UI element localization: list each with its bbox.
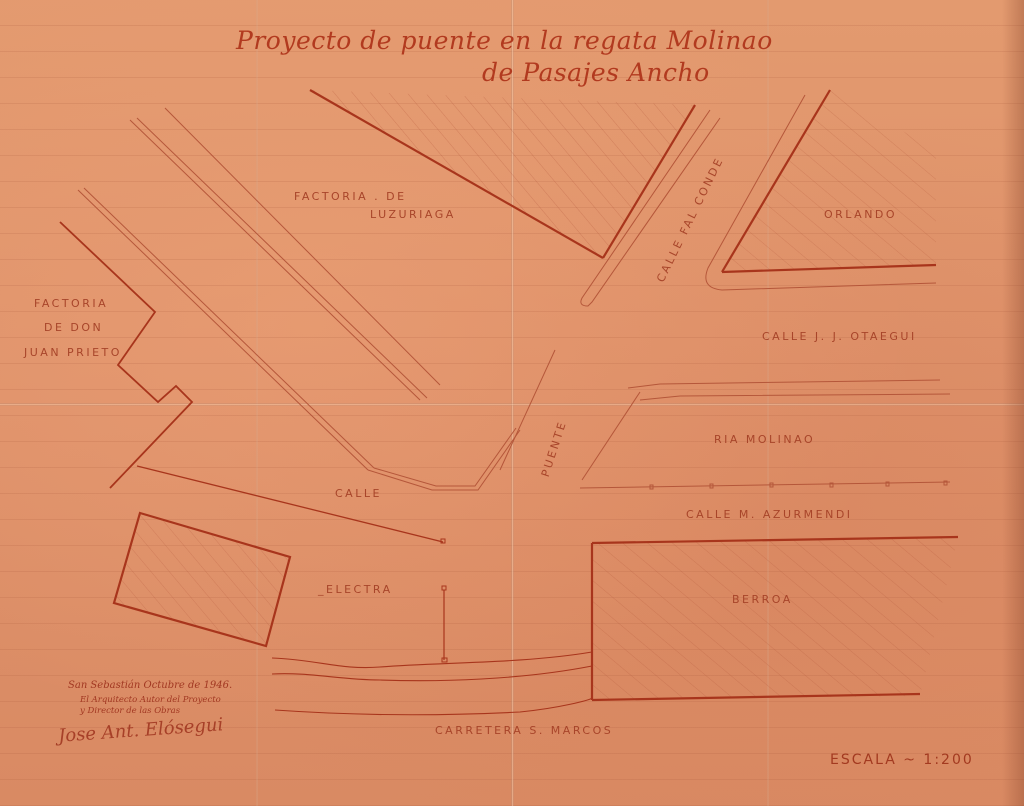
electra-building — [114, 513, 290, 646]
berroa-building — [592, 537, 958, 700]
label-carretera: CARRETERA S. MARCOS — [435, 724, 613, 737]
document-title-line2: de Pasajes Ancho — [482, 58, 710, 87]
carretera-road — [272, 652, 592, 715]
label-factoria-don-1: FACTORIA — [34, 297, 108, 310]
signature-role-line2: y Director de las Obras — [80, 706, 180, 716]
label-factoria-don-3: JUAN PRIETO — [24, 346, 122, 359]
label-electra: _ELECTRA — [318, 583, 393, 596]
label-calle-otaegui: CALLE J. J. OTAEGUI — [762, 330, 917, 343]
electra-pole — [442, 586, 447, 662]
puente-road — [500, 350, 950, 480]
luzuriaga-building — [310, 90, 695, 258]
label-factoria-luzuriaga-1: FACTORIA . DE — [294, 190, 407, 203]
label-berroa: BERROA — [732, 593, 793, 606]
scale-label: ESCALA ~ 1:200 — [830, 752, 974, 768]
label-ria-molinao: RIA MOLINAO — [714, 433, 815, 446]
label-orlando: ORLANDO — [824, 208, 897, 221]
document-title-line1: Proyecto de puente en la regata Molinao — [236, 26, 773, 55]
ria-molinao-baseline — [580, 481, 950, 489]
label-calle: CALLE — [335, 487, 382, 500]
orlando-building — [706, 90, 936, 290]
site-plan-sheet: Proyecto de puente en la regata Molinao … — [0, 0, 1024, 806]
signature-role-line1: El Arquitecto Autor del Proyecto — [80, 695, 221, 705]
signature-place-date: San Sebastián Octubre de 1946. — [68, 680, 232, 691]
label-factoria-luzuriaga-2: LUZURIAGA — [370, 208, 456, 221]
label-factoria-don-2: DE DON — [44, 321, 103, 334]
label-calle-azurmendi: CALLE M. AZURMENDI — [686, 508, 853, 521]
